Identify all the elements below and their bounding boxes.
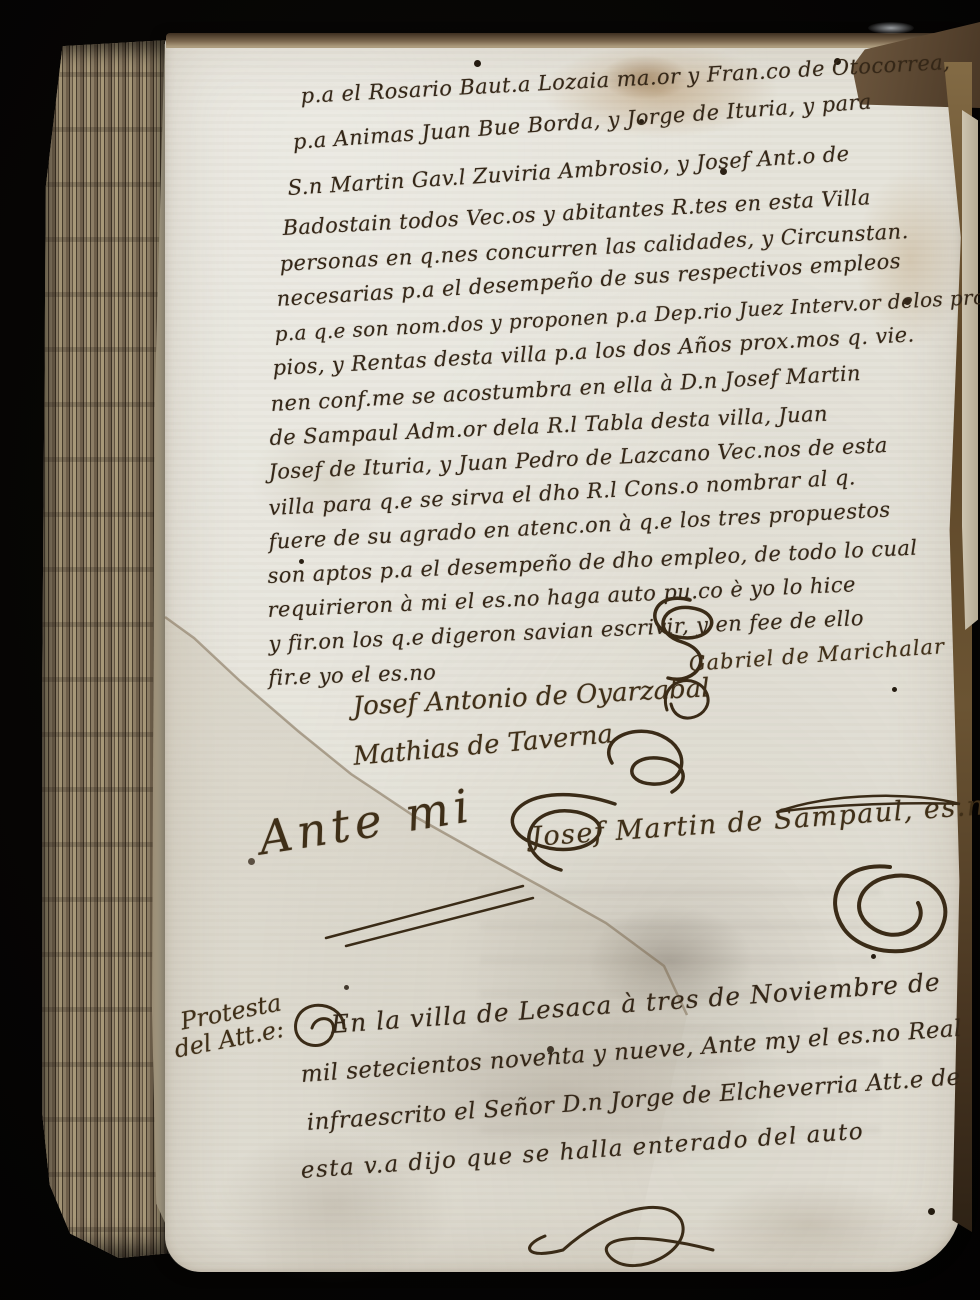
ink-specks	[0, 0, 3, 3]
page-top-edge	[166, 33, 962, 48]
manuscript-photo: p.a el Rosario Baut.a Lozaia ma.or y Fra…	[0, 0, 980, 1300]
facing-page-sliver	[962, 110, 978, 630]
paper-fiber-tuft	[868, 22, 914, 34]
overline-flourish	[772, 790, 967, 820]
book-fore-edge-shading	[42, 40, 170, 1258]
rubric-flourish	[812, 855, 967, 980]
rubric-flourish	[515, 1188, 740, 1283]
